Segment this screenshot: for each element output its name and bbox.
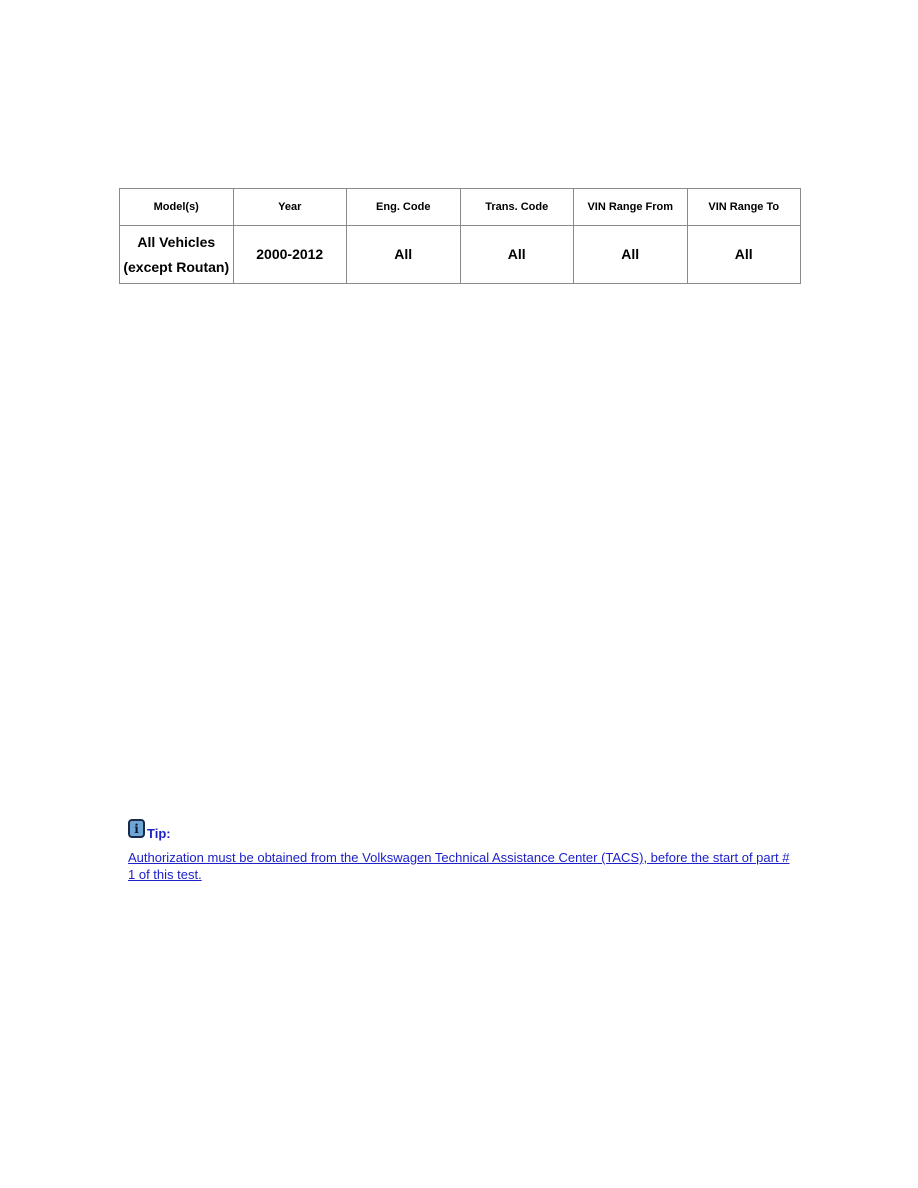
header-vin-range-from: VIN Range From	[574, 189, 688, 226]
header-models: Model(s)	[120, 189, 234, 226]
tip-authorization-link[interactable]: Authorization must be obtained from the …	[128, 849, 798, 883]
cell-eng-code: All	[347, 226, 461, 284]
table-row: All Vehicles (except Routan) 2000-2012 A…	[120, 226, 801, 284]
table-header-row: Model(s) Year Eng. Code Trans. Code VIN …	[120, 189, 801, 226]
header-trans-code: Trans. Code	[460, 189, 574, 226]
cell-models: All Vehicles (except Routan)	[120, 226, 234, 284]
tip-label: Tip:	[147, 826, 171, 841]
cell-trans-code: All	[460, 226, 574, 284]
header-vin-range-to: VIN Range To	[687, 189, 801, 226]
header-eng-code: Eng. Code	[347, 189, 461, 226]
cell-vin-range-from: All	[574, 226, 688, 284]
header-year: Year	[233, 189, 347, 226]
models-line-2: (except Routan)	[120, 255, 233, 280]
cell-vin-range-to: All	[687, 226, 801, 284]
vehicle-applicability-table: Model(s) Year Eng. Code Trans. Code VIN …	[119, 188, 801, 284]
models-line-1: All Vehicles	[120, 230, 233, 255]
info-icon: i	[128, 819, 145, 838]
tip-heading: i Tip:	[128, 816, 798, 838]
tip-block: i Tip: Authorization must be obtained fr…	[128, 816, 798, 883]
cell-year: 2000-2012	[233, 226, 347, 284]
